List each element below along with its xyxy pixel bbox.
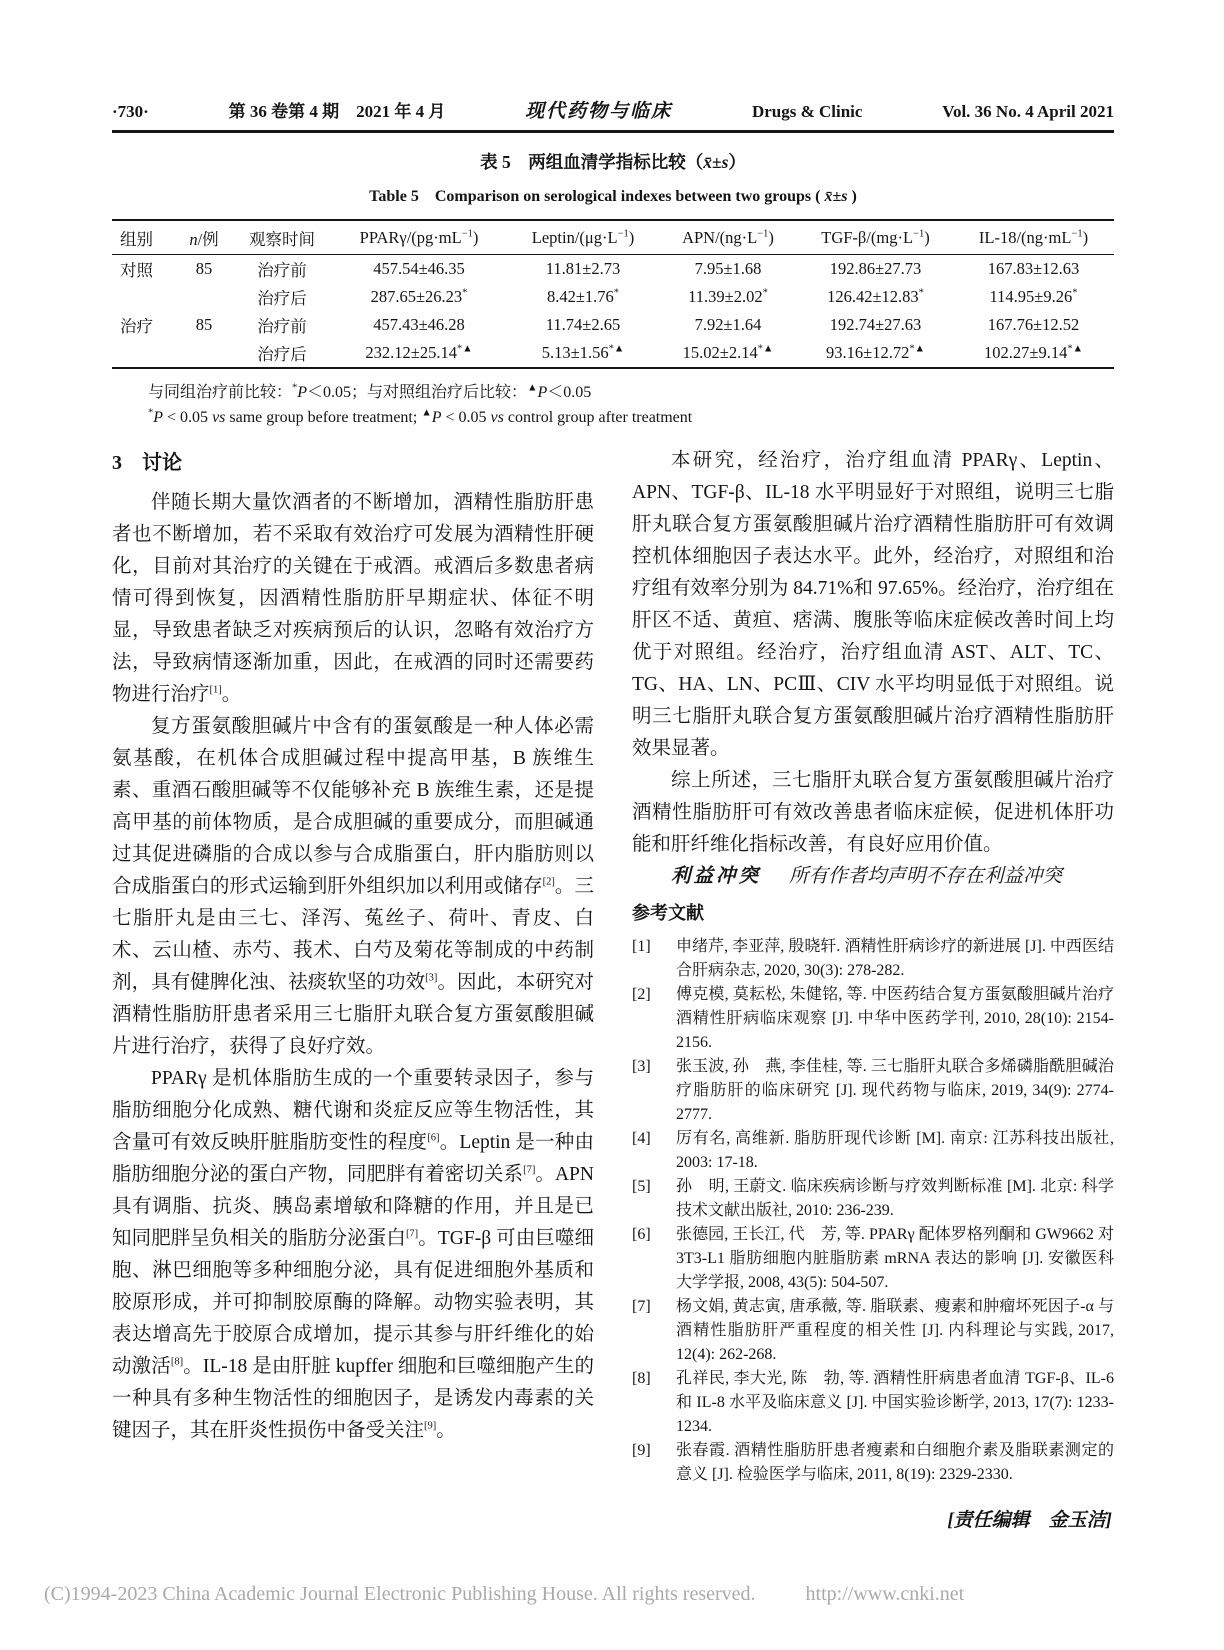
table-note-cn: 与同组治疗前比较：*P＜0.05；与对照组治疗后比较：▲P＜0.05 (112, 379, 1114, 402)
table-cell: 11.81±2.73 (508, 255, 658, 284)
reference-text: 张德园, 王长江, 代 芳, 等. PPARγ 配体罗格列酮和 GW9662 对… (676, 1223, 1114, 1295)
table-note-en: *P < 0.05 vs same group before treatment… (112, 409, 1114, 427)
table-cell-time: 治疗后 (234, 339, 330, 368)
section-heading: 3 讨论 (112, 447, 594, 479)
table-cell: 7.92±1.64 (658, 311, 798, 339)
reference-text: 傅克模, 莫耘松, 朱健铭, 等. 中医药结合复方蛋氨酸胆碱片治疗酒精性肝病临床… (676, 983, 1114, 1055)
issue-info-en: Vol. 36 No. 4 April 2021 (942, 102, 1114, 122)
table-cell: 102.27±9.14*▲ (953, 339, 1114, 368)
table-header-cell: IL-18/(ng·mL−1) (953, 220, 1114, 255)
table-cell: 93.16±12.72*▲ (798, 339, 953, 368)
table-cell: 457.43±46.28 (330, 311, 508, 339)
cnki-url: http://www.cnki.net (806, 1583, 965, 1606)
right-column: 本研究，经治疗，治疗组血清 PPARγ、Leptin、APN、TGF-β、IL-… (632, 445, 1114, 1537)
journal-page: ·730· 第 36 卷第 4 期 2021 年 4 月 现代药物与临床 Dru… (0, 0, 1224, 1650)
table-row: 治疗后 287.65±26.23* 8.42±1.76* 11.39±2.02*… (112, 283, 1114, 311)
table-cell-group (112, 339, 174, 368)
reference-item: [2] 傅克模, 莫耘松, 朱健铭, 等. 中医药结合复方蛋氨酸胆碱片治疗酒精性… (632, 983, 1114, 1055)
reference-text: 申绪芹, 李亚萍, 殷晓轩. 酒精性肝病诊疗的新进展 [J]. 中西医结合肝病杂… (676, 935, 1114, 983)
paragraph: 复方蛋氨酸胆碱片中含有的蛋氨酸是一种人体必需氨基酸，在机体合成胆碱过程中提高甲基… (112, 711, 594, 1063)
editor-line: [责任编辑 金玉洁] (632, 1505, 1114, 1537)
conflict-text: 所有作者均声明不存在利益冲突 (789, 866, 1062, 887)
conflict-of-interest-statement: 利益冲突所有作者均声明不存在利益冲突 (632, 861, 1114, 893)
reference-text: 孔祥民, 李大光, 陈 勃, 等. 酒精性肝病患者血清 TGF-β、IL-6 和… (676, 1367, 1114, 1439)
copyright-footer: (C)1994-2023 China Academic Journal Elec… (44, 1583, 1184, 1606)
table-cell: 287.65±26.23* (330, 283, 508, 311)
reference-item: [1] 申绪芹, 李亚萍, 殷晓轩. 酒精性肝病诊疗的新进展 [J]. 中西医结… (632, 935, 1114, 983)
reference-number: [5] (632, 1175, 676, 1223)
table-header-cell: PPARγ/(pg·mL−1) (330, 220, 508, 255)
table-cell: 15.02±2.14*▲ (658, 339, 798, 368)
table-title-cn: 表 5 两组血清学指标比较（x̄±s） (112, 149, 1114, 174)
issue-info-cn: 第 36 卷第 4 期 2021 年 4 月 (229, 97, 446, 122)
reference-item: [9] 张春霞. 酒精性脂肪肝患者瘦素和白细胞介素及脂联素测定的意义 [J]. … (632, 1439, 1114, 1487)
reference-text: 张玉波, 孙 燕, 李佳桂, 等. 三七脂肝丸联合多烯磷脂酰胆碱治疗脂肪肝的临床… (676, 1055, 1114, 1127)
table-cell: 457.54±46.35 (330, 255, 508, 284)
reference-text: 杨文娟, 黄志寅, 唐承薇, 等. 脂联素、瘦素和肿瘤坏死因子-α 与酒精性脂肪… (676, 1295, 1114, 1367)
table-header-cell: TGF-β/(mg·L−1) (798, 220, 953, 255)
header-divider (112, 130, 1114, 133)
table-title-en: Table 5 Comparison on serological indexe… (112, 183, 1114, 206)
journal-title-en: Drugs & Clinic (752, 102, 863, 122)
table-cell: 5.13±1.56*▲ (508, 339, 658, 368)
reference-text: 厉有名, 高维新. 脂肪肝现代诊断 [M]. 南京: 江苏科技出版社, 2003… (676, 1127, 1114, 1175)
serology-table: 组别 n/例 观察时间 PPARγ/(pg·mL−1) Leptin/(μg·L… (112, 219, 1114, 369)
reference-item: [8] 孔祥民, 李大光, 陈 勃, 等. 酒精性肝病患者血清 TGF-β、IL… (632, 1367, 1114, 1439)
table-header-cell: 组别 (112, 220, 174, 255)
table-cell: 7.95±1.68 (658, 255, 798, 284)
table-cell-time: 治疗前 (234, 255, 330, 284)
reference-number: [3] (632, 1055, 676, 1127)
table-cell: 192.74±27.63 (798, 311, 953, 339)
reference-text: 张春霞. 酒精性脂肪肝患者瘦素和白细胞介素及脂联素测定的意义 [J]. 检验医学… (676, 1439, 1114, 1487)
reference-text: 孙 明, 王蔚文. 临床疾病诊断与疗效判断标准 [M]. 北京: 科学技术文献出… (676, 1175, 1114, 1223)
reference-number: [2] (632, 983, 676, 1055)
reference-item: [3] 张玉波, 孙 燕, 李佳桂, 等. 三七脂肝丸联合多烯磷脂酰胆碱治疗脂肪… (632, 1055, 1114, 1127)
paragraph: 伴随长期大量饮酒者的不断增加，酒精性脂肪肝患者也不断增加，若不采取有效治疗可发展… (112, 487, 594, 711)
table-header-cell: APN/(ng·L−1) (658, 220, 798, 255)
table-cell: 11.74±2.65 (508, 311, 658, 339)
reference-number: [4] (632, 1127, 676, 1175)
table-cell: 192.86±27.73 (798, 255, 953, 284)
table-header-cell: Leptin/(μg·L−1) (508, 220, 658, 255)
running-head: ·730· 第 36 卷第 4 期 2021 年 4 月 现代药物与临床 Dru… (112, 96, 1114, 123)
reference-number: [1] (632, 935, 676, 983)
table-cell-n: 85 (174, 311, 234, 339)
table-cell-time: 治疗后 (234, 283, 330, 311)
table-row: 治疗后 232.12±25.14*▲ 5.13±1.56*▲ 15.02±2.1… (112, 339, 1114, 368)
table-row: 对照 85 治疗前 457.54±46.35 11.81±2.73 7.95±1… (112, 255, 1114, 284)
reference-number: [8] (632, 1367, 676, 1439)
table-cell: 167.76±12.52 (953, 311, 1114, 339)
table-cell-group: 治疗 (112, 311, 174, 339)
body-columns: 3 讨论 伴随长期大量饮酒者的不断增加，酒精性脂肪肝患者也不断增加，若不采取有效… (112, 445, 1114, 1537)
reference-number: [6] (632, 1223, 676, 1295)
page-content: ·730· 第 36 卷第 4 期 2021 年 4 月 现代药物与临床 Dru… (112, 96, 1114, 1537)
table-header-cell: 观察时间 (234, 220, 330, 255)
left-column: 3 讨论 伴随长期大量饮酒者的不断增加，酒精性脂肪肝患者也不断增加，若不采取有效… (112, 445, 594, 1537)
table-cell: 167.83±12.63 (953, 255, 1114, 284)
reference-item: [7] 杨文娟, 黄志寅, 唐承薇, 等. 脂联素、瘦素和肿瘤坏死因子-α 与酒… (632, 1295, 1114, 1367)
table-cell: 232.12±25.14*▲ (330, 339, 508, 368)
table-cell-n (174, 339, 234, 368)
reference-list: [1] 申绪芹, 李亚萍, 殷晓轩. 酒精性肝病诊疗的新进展 [J]. 中西医结… (632, 935, 1114, 1487)
table-cell-group: 对照 (112, 255, 174, 284)
table-cell-time: 治疗前 (234, 311, 330, 339)
reference-number: [9] (632, 1439, 676, 1487)
conflict-label: 利益冲突 (671, 866, 761, 887)
paragraph: 本研究，经治疗，治疗组血清 PPARγ、Leptin、APN、TGF-β、IL-… (632, 445, 1114, 765)
table-cell: 11.39±2.02* (658, 283, 798, 311)
reference-item: [4] 厉有名, 高维新. 脂肪肝现代诊断 [M]. 南京: 江苏科技出版社, … (632, 1127, 1114, 1175)
reference-item: [6] 张德园, 王长江, 代 芳, 等. PPARγ 配体罗格列酮和 GW96… (632, 1223, 1114, 1295)
table-cell-group (112, 283, 174, 311)
table-cell: 114.95±9.26* (953, 283, 1114, 311)
table-header-row: 组别 n/例 观察时间 PPARγ/(pg·mL−1) Leptin/(μg·L… (112, 220, 1114, 255)
reference-number: [7] (632, 1295, 676, 1367)
table-row: 治疗 85 治疗前 457.43±46.28 11.74±2.65 7.92±1… (112, 311, 1114, 339)
paragraph: 综上所述，三七脂肝丸联合复方蛋氨酸胆碱片治疗酒精性脂肪肝可有效改善患者临床症候，… (632, 765, 1114, 861)
copyright-text: (C)1994-2023 China Academic Journal Elec… (44, 1583, 756, 1606)
table-cell: 8.42±1.76* (508, 283, 658, 311)
references-heading: 参考文献 (632, 897, 1114, 929)
page-number: ·730· (112, 102, 149, 122)
table-cell-n (174, 283, 234, 311)
paragraph: PPARγ 是机体脂肪生成的一个重要转录因子，参与脂肪细胞分化成熟、糖代谢和炎症… (112, 1063, 594, 1447)
table-cell: 126.42±12.83* (798, 283, 953, 311)
journal-title-cn: 现代药物与临床 (525, 96, 672, 123)
table-cell-n: 85 (174, 255, 234, 284)
reference-item: [5] 孙 明, 王蔚文. 临床疾病诊断与疗效判断标准 [M]. 北京: 科学技… (632, 1175, 1114, 1223)
table-header-cell: n/例 (174, 220, 234, 255)
